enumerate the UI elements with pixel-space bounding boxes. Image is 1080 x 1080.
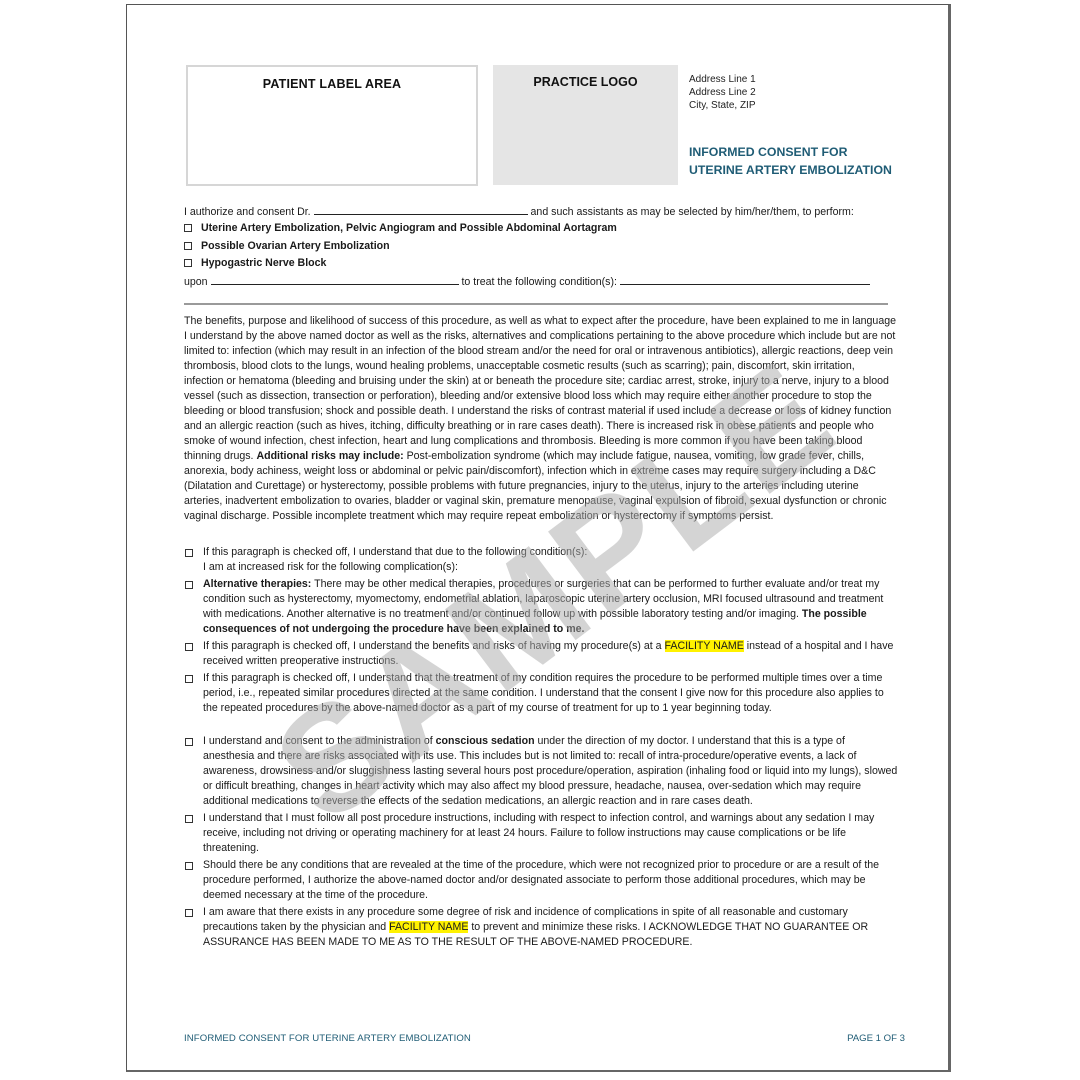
facility-text-pre: If this paragraph is checked off, I unde… xyxy=(203,640,662,652)
doctor-name-field[interactable] xyxy=(314,204,528,215)
condition-label: to treat the following condition(s): xyxy=(461,276,616,288)
authorization-suffix: and such assistants as may be selected b… xyxy=(531,206,854,218)
alternatives-heading: Alternative therapies: xyxy=(203,578,311,590)
consent-item-repeated-procedures: If this paragraph is checked off, I unde… xyxy=(184,671,898,716)
patient-label-area: PATIENT LABEL AREA xyxy=(186,65,478,186)
address-city-state-zip: City, State, ZIP xyxy=(689,99,756,112)
procedure-2-checkbox[interactable] xyxy=(184,242,192,250)
post-instructions-text: I understand that I must follow all post… xyxy=(203,811,898,856)
procedure-1-checkbox[interactable] xyxy=(184,224,192,232)
no-guarantee-checkbox[interactable] xyxy=(185,909,193,917)
authorization-prefix: I authorize and consent Dr. xyxy=(184,206,311,218)
additional-procedures-text: Should there be any conditions that are … xyxy=(203,858,898,903)
procedure-2-label: Possible Ovarian Artery Embolization xyxy=(201,240,390,252)
alternatives-checkbox[interactable] xyxy=(185,581,193,589)
risks-paragraph: The benefits, purpose and likelihood of … xyxy=(184,314,896,524)
address-line-1: Address Line 1 xyxy=(689,73,756,86)
repeated-procedures-checkbox[interactable] xyxy=(185,675,193,683)
page-number: PAGE 1 OF 3 xyxy=(847,1033,905,1044)
facility-name-placeholder-2: FACILITY NAME xyxy=(389,921,468,933)
sedation-text-pre: I understand and consent to the administ… xyxy=(203,735,433,747)
additional-procedures-checkbox[interactable] xyxy=(185,862,193,870)
consent-item-no-guarantee: I am aware that there exists in any proc… xyxy=(184,905,898,950)
additional-risks-heading: Additional risks may include: xyxy=(256,450,403,462)
procedure-1-label: Uterine Artery Embolization, Pelvic Angi… xyxy=(201,222,617,234)
procedure-option-2: Possible Ovarian Artery Embolization xyxy=(184,239,896,254)
facility-name-placeholder: FACILITY NAME xyxy=(665,640,744,652)
title-line-2: UTERINE ARTERY EMBOLIZATION xyxy=(689,162,892,180)
condition-field[interactable] xyxy=(620,274,870,285)
practice-logo-heading: PRACTICE LOGO xyxy=(493,75,678,89)
procedure-option-1: Uterine Artery Embolization, Pelvic Angi… xyxy=(184,221,896,236)
address-line-2: Address Line 2 xyxy=(689,86,756,99)
practice-address: Address Line 1 Address Line 2 City, Stat… xyxy=(689,73,756,112)
patient-label-heading: PATIENT LABEL AREA xyxy=(188,77,476,91)
footer-title: INFORMED CONSENT FOR UTERINE ARTERY EMBO… xyxy=(184,1033,471,1044)
consent-item-post-instructions: I understand that I must follow all post… xyxy=(184,811,898,856)
upon-field[interactable] xyxy=(211,274,459,285)
conscious-sedation-term: conscious sedation xyxy=(436,735,535,747)
condition-line: upon to treat the following condition(s)… xyxy=(184,274,896,290)
procedure-3-checkbox[interactable] xyxy=(184,259,192,267)
title-line-1: INFORMED CONSENT FOR xyxy=(689,144,892,162)
practice-logo-placeholder: PRACTICE LOGO xyxy=(493,65,678,185)
sedation-checkbox[interactable] xyxy=(185,738,193,746)
consent-item-alternatives: Alternative therapies: There may be othe… xyxy=(184,577,898,637)
consent-item-facility: If this paragraph is checked off, I unde… xyxy=(184,639,898,669)
upon-label: upon xyxy=(184,276,208,288)
procedure-3-label: Hypogastric Nerve Block xyxy=(201,257,326,269)
risk-conditions-line-2: I am at increased risk for the following… xyxy=(203,561,458,573)
facility-checkbox[interactable] xyxy=(185,643,193,651)
risks-text-1: The benefits, purpose and likelihood of … xyxy=(184,315,896,462)
risk-conditions-line-1: If this paragraph is checked off, I unde… xyxy=(203,546,587,558)
risk-conditions-checkbox[interactable] xyxy=(185,549,193,557)
authorization-line: I authorize and consent Dr. and such ass… xyxy=(184,204,896,220)
repeated-procedures-text: If this paragraph is checked off, I unde… xyxy=(203,671,898,716)
post-instructions-checkbox[interactable] xyxy=(185,815,193,823)
consent-item-risk-conditions: If this paragraph is checked off, I unde… xyxy=(184,545,898,575)
consent-item-sedation: I understand and consent to the administ… xyxy=(184,734,898,809)
document-title: INFORMED CONSENT FOR UTERINE ARTERY EMBO… xyxy=(689,144,892,179)
section-divider xyxy=(184,303,888,305)
procedure-option-3: Hypogastric Nerve Block xyxy=(184,256,896,271)
consent-item-additional-procedures: Should there be any conditions that are … xyxy=(184,858,898,903)
